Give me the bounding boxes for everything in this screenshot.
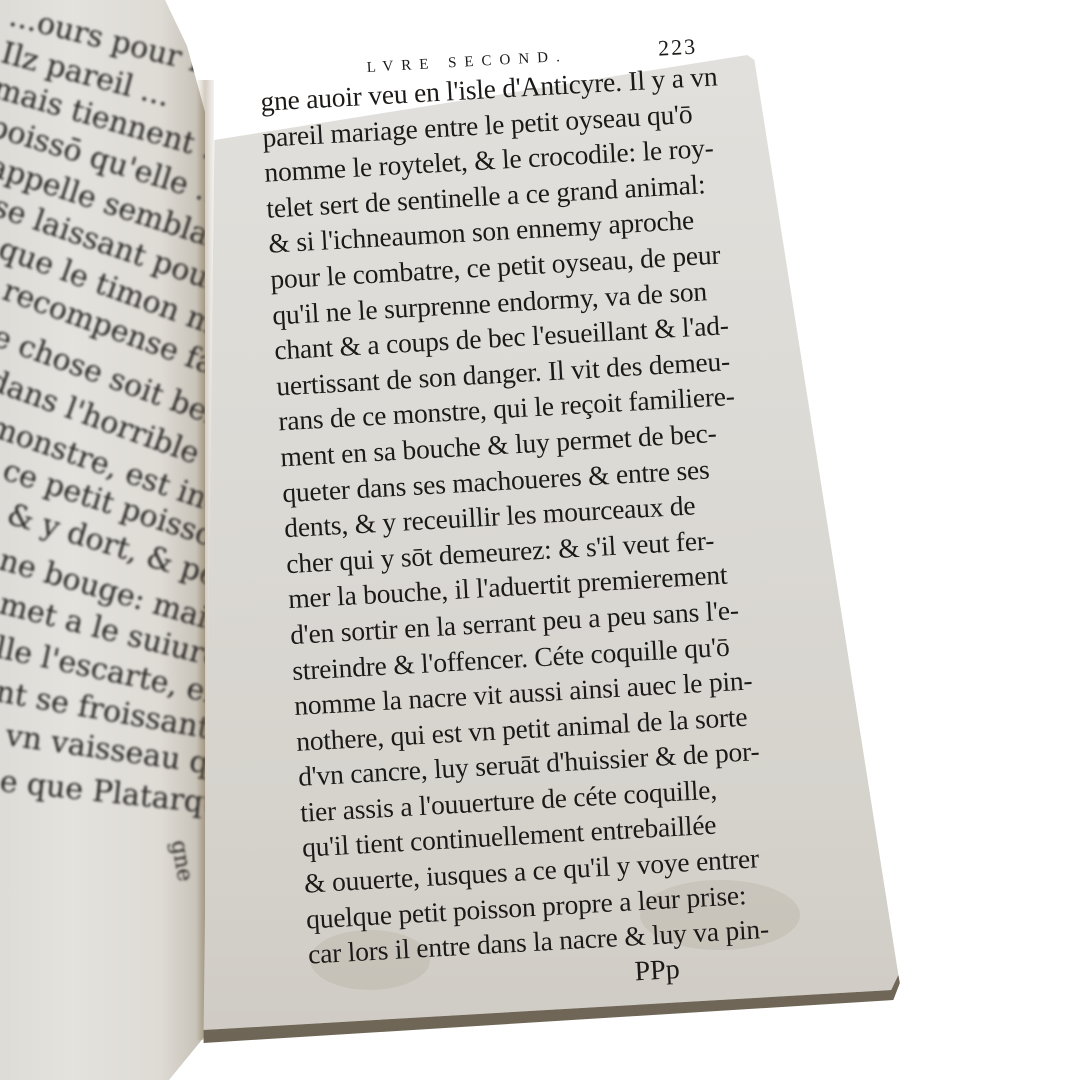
catchword: gne (166, 838, 198, 883)
left-page: ...ours pour la Ilz pareil ... mais tien… (0, 0, 205, 1080)
page-number: 223 (657, 33, 697, 61)
book-photo: ...ours pour la Ilz pareil ... mais tien… (0, 0, 1080, 1080)
right-page-text: LVRE SECOND. 223 gne auoir veu en l'isle… (258, 27, 870, 1009)
